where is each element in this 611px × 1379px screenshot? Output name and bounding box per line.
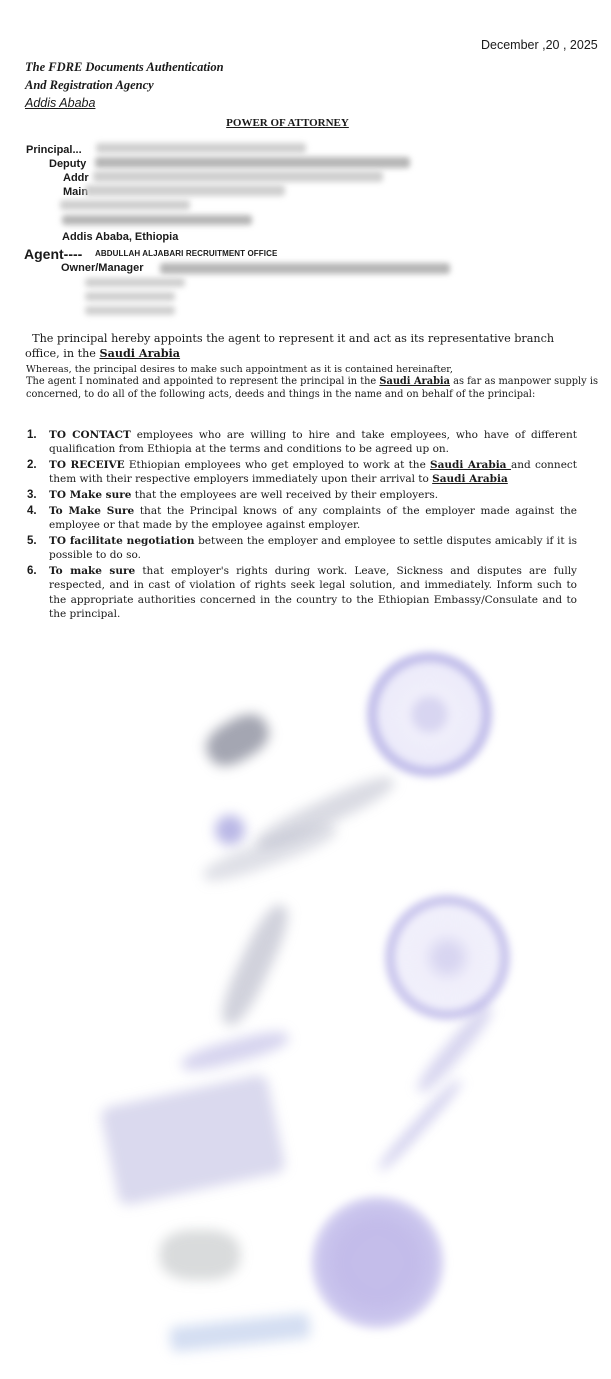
country-name: Saudi Arabia (432, 473, 508, 485)
item-text: Ethiopian employees who get employed to … (125, 459, 430, 471)
whereas-paragraph: Whereas, the principal desires to make s… (26, 363, 606, 376)
redacted-agent-line-2 (85, 292, 175, 301)
power-item: 2.TO RECEIVE Ethiopian employees who get… (27, 458, 577, 487)
power-item: 4.To Make Sure that the Principal knows … (27, 504, 577, 533)
signature-1 (199, 706, 275, 773)
addressee-city: Addis Ababa (25, 96, 95, 110)
redacted-principal-name (96, 143, 306, 153)
appointment-paragraph: The principal hereby appoints the agent … (25, 332, 585, 361)
address-label: Addr (63, 172, 89, 184)
item-number: 1. (27, 428, 37, 442)
blue-stamp-bar (169, 1313, 311, 1352)
item-number: 3. (27, 488, 37, 502)
item-lead: TO CONTACT (49, 429, 131, 441)
deputy-label: Deputy (49, 158, 86, 170)
powers-list: 1.TO CONTACT employees who are willing t… (27, 428, 577, 623)
principal-city: Addis Ababa, Ethiopia (62, 231, 178, 243)
redacted-address (93, 171, 383, 182)
official-stamp-3 (310, 1195, 445, 1330)
signature-4 (179, 1026, 291, 1076)
authentication-stamp-rect (99, 1073, 286, 1206)
document-title: POWER OF ATTORNEY (0, 117, 611, 129)
scope-text-pre: The agent I nominated and appointed to r… (26, 376, 379, 387)
country-name: Saudi Arabia (430, 459, 511, 471)
document-date: December ,20 , 2025 (481, 38, 598, 52)
owner-manager-label: Owner/Manager (61, 262, 144, 274)
redacted-email (62, 215, 252, 225)
country-name: Saudi Arabia (379, 376, 450, 387)
power-item: 3.TO Make sure that the employees are we… (27, 488, 577, 502)
addressee-line-2: And Registration Agency (25, 78, 154, 93)
item-text: that the employees are well received by … (131, 489, 438, 501)
item-number: 2. (27, 458, 37, 472)
redacted-deputy (95, 157, 410, 168)
document-title-text: POWER OF ATTORNEY (226, 117, 349, 129)
redacted-agent-line-1 (85, 278, 185, 287)
item-number: 6. (27, 564, 37, 578)
signature-6 (160, 1230, 240, 1280)
power-item: 1.TO CONTACT employees who are willing t… (27, 428, 577, 457)
item-lead: To Make Sure (49, 505, 134, 517)
principal-label: Principal... (26, 144, 82, 156)
redacted-agent-line-3 (85, 306, 175, 315)
item-number: 5. (27, 534, 37, 548)
item-lead: To make sure (49, 565, 135, 577)
power-item: 6.To make sure that employer's rights du… (27, 564, 577, 621)
agent-name: ABDULLAH ALJABARI RECRUITMENT OFFICE (95, 249, 277, 258)
country-name: Saudi Arabia (99, 346, 180, 360)
official-stamp-2 (385, 895, 510, 1020)
scope-paragraph: The agent I nominated and appointed to r… (26, 376, 598, 401)
redacted-main (85, 185, 285, 196)
stamp-dot (215, 815, 245, 845)
redacted-phone (60, 200, 190, 210)
item-number: 4. (27, 504, 37, 518)
item-lead: TO facilitate negotiation (49, 535, 194, 547)
power-item: 5.TO facilitate negotiation between the … (27, 534, 577, 563)
official-stamp-1 (367, 652, 492, 777)
addressee-line-1: The FDRE Documents Authentication (25, 60, 224, 75)
signature-3 (214, 900, 296, 1030)
agent-label: Agent---- (24, 246, 82, 262)
redacted-owner-name (160, 263, 450, 274)
item-lead: TO RECEIVE (49, 459, 125, 471)
item-lead: TO Make sure (49, 489, 131, 501)
